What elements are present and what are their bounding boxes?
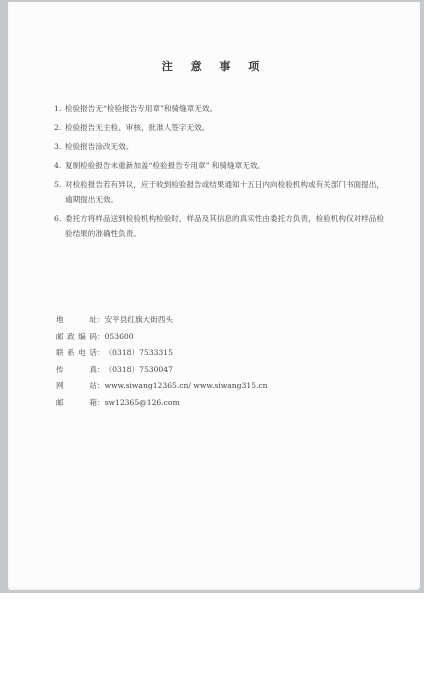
contact-email: 邮箱：sw12365@126.com [56,395,268,412]
note-item: 5. 对检验报告若有异议，应于收到检验报告或结果通知十五日内向检验机构或有关部门… [54,177,384,207]
note-text: 检验报告无“检验报告专用章”和骑缝章无效。 [65,104,217,113]
note-item: 6. 委托方将样品送到检验机构检验时，样品及其信息的真实性由委托方负责，检验机构… [54,211,384,241]
contact-value: （0318）7530047 [105,365,173,374]
note-number: 3. [54,139,61,154]
contact-website: 网站：www.siwang12365.cn/ www.siwang315.cn [56,378,268,395]
contact-label: 传真 [56,362,97,379]
note-item: 3. 检验报告涂改无效。 [54,139,384,154]
note-text: 复制检验报告未重新加盖“检验报告专用章” 和骑缝章无效。 [65,161,265,170]
document-page: 注 意 事 项 1. 检验报告无“检验报告专用章”和骑缝章无效。 2. 检验报告… [8,2,420,590]
contact-block: 地址：安平县红旗大街西头 邮政编码：053600 联系电话：（0318）7533… [56,312,268,411]
contact-label: 网站 [56,378,97,395]
contact-value: （0318）7533315 [105,348,173,357]
contact-postcode: 邮政编码：053600 [56,329,268,346]
note-number: 2. [54,120,61,135]
note-text: 对检验报告若有异议，应于收到检验报告或结果通知十五日内向检验机构或有关部门书面提… [65,180,384,204]
note-number: 4. [54,158,61,173]
contact-label: 地址 [56,312,97,329]
contact-label: 邮政编码 [56,329,97,346]
contact-value: 053600 [105,332,134,341]
contact-address: 地址：安平县红旗大街西头 [56,312,268,329]
contact-fax: 传真：（0318）7530047 [56,362,268,379]
note-number: 1. [54,101,61,116]
note-text: 检验报告涂改无效。 [65,142,133,151]
note-number: 6. [54,211,61,226]
notes-list: 1. 检验报告无“检验报告专用章”和骑缝章无效。 2. 检验报告无主检、审核、批… [54,101,384,245]
note-number: 5. [54,177,61,192]
note-item: 4. 复制检验报告未重新加盖“检验报告专用章” 和骑缝章无效。 [54,158,384,173]
contact-label: 邮箱 [56,395,97,412]
note-text: 检验报告无主检、审核、批准人签字无效。 [65,123,209,132]
contact-value: 安平县红旗大街西头 [105,315,173,324]
page-title: 注 意 事 项 [8,58,420,74]
contact-value: sw12365@126.com [105,398,180,407]
note-text: 委托方将样品送到检验机构检验时，样品及其信息的真实性由委托方负责，检验机构仅对样… [65,214,384,238]
contact-phone: 联系电话：（0318）7533315 [56,345,268,362]
note-item: 2. 检验报告无主检、审核、批准人签字无效。 [54,120,384,135]
contact-label: 联系电话 [56,345,97,362]
note-item: 1. 检验报告无“检验报告专用章”和骑缝章无效。 [54,101,384,116]
contact-value: www.siwang12365.cn/ www.siwang315.cn [105,381,268,390]
scan-frame: 注 意 事 项 1. 检验报告无“检验报告专用章”和骑缝章无效。 2. 检验报告… [0,0,424,593]
